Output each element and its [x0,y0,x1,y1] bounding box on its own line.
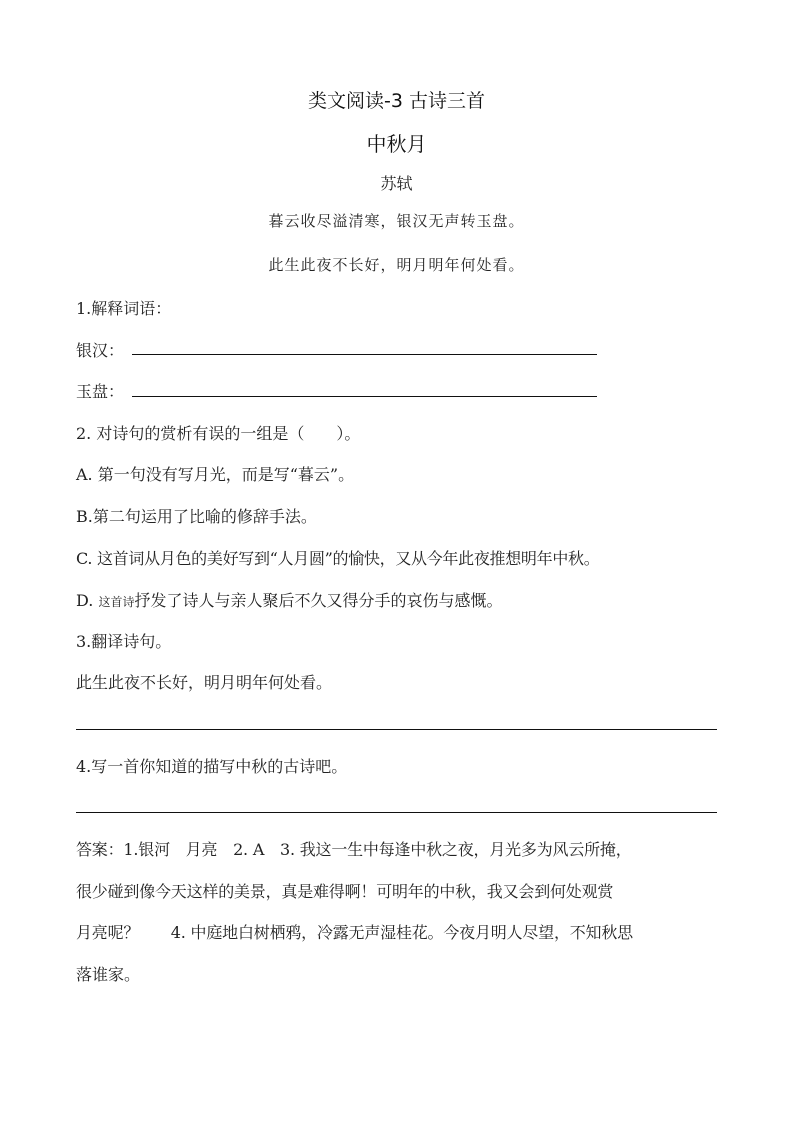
option-d-small-text: 这首诗 [98,595,134,609]
question-4-prompt: 4.写一首你知道的描写中秋的古诗吧。 [76,754,347,777]
q1-answer-line-yinhan[interactable] [132,354,597,355]
poem-line-1: 暮云收尽溢清寒，银汉无声转玉盘。 [0,210,793,231]
q2-option-d: D. 这首诗抒发了诗人与亲人聚后不久又得分手的哀伤与感慨。 [76,588,502,611]
answer-line-3: 月亮呢？ 4. 中庭地白树栖鸦，冷露无声湿桂花。今夜月明人尽望，不知秋思 [76,920,633,943]
q2-option-b: B.第二句运用了比喻的修辞手法。 [76,504,317,527]
answer-line-4: 落谁家。 [76,962,140,985]
poem-line-2: 此生此夜不长好，明月明年何处看。 [0,254,793,275]
option-a-text: 第一句没有写月光，而是写“暮云”。 [98,465,354,484]
q1-label-yupan: 玉盘： [76,379,124,402]
question-2-prompt: 2. 对诗句的赏析有误的一组是（ ）。 [76,421,360,444]
q1-label-yinhan: 银汉： [76,338,124,361]
option-d-text: 抒发了诗人与亲人聚后不久又得分手的哀伤与感慨。 [134,591,502,610]
document-title: 类文阅读-3 古诗三首 [0,86,793,113]
q3-poem-line: 此生此夜不长好，明月明年何处看。 [76,670,332,693]
option-d-prefix: D. [76,591,93,610]
option-c-prefix: C. [76,549,92,568]
q2-option-a: A. 第一句没有写月光，而是写“暮云”。 [76,462,354,485]
poem-author: 苏轼 [0,171,793,194]
q2-option-c: C. 这首词从月色的美好写到“人月圆”的愉快，又从今年此夜推想明年中秋。 [76,546,599,569]
question-3-prompt: 3.翻译诗句。 [76,629,171,652]
option-b-text: 第二句运用了比喻的修辞手法。 [93,507,317,526]
q4-answer-line[interactable] [76,812,717,813]
option-a-prefix: A. [76,465,93,484]
q1-answer-line-yupan[interactable] [132,396,597,397]
answer-line-2: 很少碰到像今天这样的美景，真是难得啊！可明年的中秋，我又会到何处观赏 [76,879,613,902]
answer-line-1: 答案：1.银河 月亮 2. A 3. 我这一生中每逢中秋之夜，月光多为风云所掩， [76,837,632,860]
poem-title: 中秋月 [0,128,793,157]
q3-answer-line[interactable] [76,729,717,730]
option-b-prefix: B. [76,507,93,526]
question-1-prompt: 1.解释词语： [76,296,171,319]
option-c-text: 这首词从月色的美好写到“人月圆”的愉快，又从今年此夜推想明年中秋。 [97,549,599,568]
